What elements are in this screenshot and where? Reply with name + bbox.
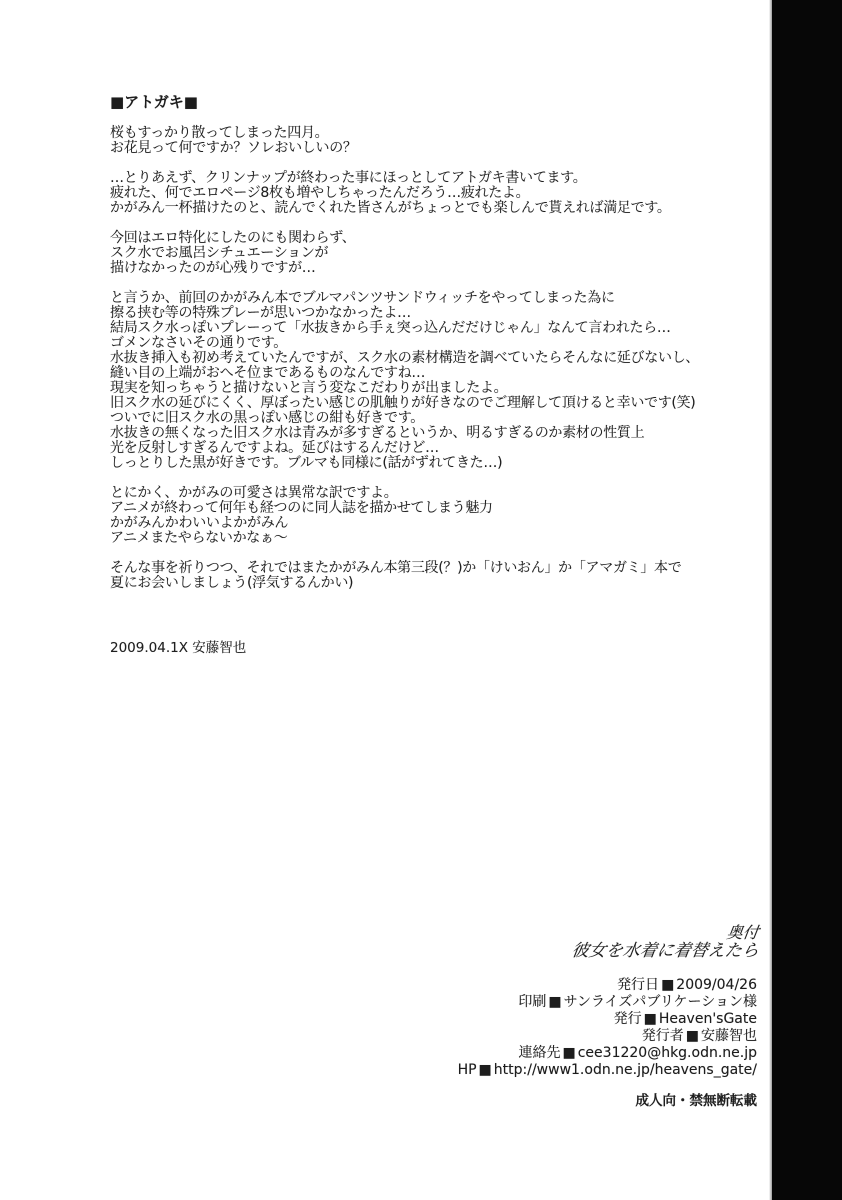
square-separator-icon: ■	[563, 1045, 576, 1062]
afterword-line: 夏にお会いしましょう(浮気するんかい)	[110, 576, 770, 591]
square-separator-icon: ■	[479, 1062, 492, 1079]
colophon-entry: HP■http://www1.odn.ne.jp/heavens_gate/	[458, 1062, 757, 1079]
afterword-line: 水抜き挿入も初め考えていたんですが、スク水の素材構造を調べていたらそんなに延びな…	[110, 351, 770, 366]
afterword-blank-line	[110, 216, 770, 231]
afterword-line: そんな事を祈りつつ、それではまたかがみん本第三段(？)か「けいおん」か「アマガミ…	[110, 561, 770, 576]
afterword-line: 疲れた、何でエロページ8枚も増やしちゃったんだろう…疲れたよ。	[110, 186, 770, 201]
afterword-line: 縫い目の上端がおへそ位まであるものなんですね…	[110, 366, 770, 381]
colophon-entry-key: 発行日	[617, 977, 659, 993]
afterword-line: 光を反射しすぎるんですよね。延びはするんだけど…	[110, 441, 770, 456]
square-separator-icon: ■	[644, 1011, 657, 1028]
afterword-blank-line	[110, 471, 770, 486]
afterword-title: ■アトガキ■	[110, 95, 770, 110]
afterword-line: 結局スク水っぽいプレーって「水抜きから手ぇ突っ込んだだけじゃん」なんて言われたら…	[110, 321, 770, 336]
afterword-line: アニメが終わって何年も経つのに同人誌を描かせてしまう魅力	[110, 501, 770, 516]
author-date-signature: 2009.04.1X 安藤智也	[110, 636, 246, 656]
afterword-body: 桜もすっかり散ってしまった四月。お花見って何ですか？ソレおいしいの？ …とりあえ…	[110, 126, 770, 591]
afterword-blank-line	[110, 276, 770, 291]
colophon-entry-value: cee31220@hkg.odn.ne.jp	[578, 1045, 757, 1061]
afterword-line: …とりあえず、クリンナップが終わった事にほっとしてアトガキ書いてます。	[110, 171, 770, 186]
colophon-entry-key: HP	[458, 1062, 477, 1078]
colophon-entry-value: Heaven'sGate	[659, 1011, 757, 1027]
colophon-entry: 連絡先■cee31220@hkg.odn.ne.jp	[458, 1045, 757, 1062]
colophon-entry-key: 印刷	[518, 994, 546, 1010]
colophon-entry-value: 安藤智也	[701, 1028, 757, 1044]
colophon-section: 奥付 彼女を水着に着替えたら 発行日■2009/04/26印刷■サンライズパブリ…	[458, 924, 757, 1109]
afterword-line: とにかく、かがみの可愛さは異常な訳ですよ。	[110, 486, 770, 501]
afterword-line: かがみんかわいいよかがみん	[110, 516, 770, 531]
scan-edge-black-band	[772, 0, 842, 1200]
afterword-line: ついでに旧スク水の黒っぽい感じの紺も好きです。	[110, 411, 770, 426]
square-separator-icon: ■	[548, 994, 561, 1011]
afterword-line: 現実を知っちゃうと描けないと言う変なこだわりが出ましたよ。	[110, 381, 770, 396]
afterword-blank-line	[110, 156, 770, 171]
colophon-label: 奥付	[458, 924, 760, 942]
colophon-entry: 発行■Heaven'sGate	[458, 1011, 757, 1028]
colophon-entry-value: http://www1.odn.ne.jp/heavens_gate/	[494, 1062, 757, 1078]
adult-notice: 成人向・禁無断転載	[458, 1089, 757, 1109]
square-separator-icon: ■	[686, 1028, 699, 1045]
colophon-entry: 発行日■2009/04/26	[458, 977, 757, 994]
afterword-line: かがみん一杯描けたのと、読んでくれた皆さんがちょっとでも楽しんで貰えれば満足です…	[110, 201, 770, 216]
afterword-blank-line	[110, 546, 770, 561]
colophon-entry-key: 連絡先	[519, 1045, 561, 1061]
book-title: 彼女を水着に着替えたら	[458, 942, 760, 961]
afterword-line: アニメまたやらないかなぁ～	[110, 531, 770, 546]
afterword-line: お花見って何ですか？ソレおいしいの？	[110, 141, 770, 156]
afterword-section: ■アトガキ■ 桜もすっかり散ってしまった四月。お花見って何ですか？ソレおいしいの…	[110, 95, 770, 591]
afterword-line: 旧スク水の延びにくく、厚ぼったい感じの肌触りが好きなのでご理解して頂けると幸いで…	[110, 396, 770, 411]
afterword-line: ゴメンなさいその通りです。	[110, 336, 770, 351]
afterword-line: 水抜きの無くなった旧スク水は青みが多すぎるというか、明るすぎるのか素材の性質上	[110, 426, 770, 441]
scanned-doujinshi-page: ■アトガキ■ 桜もすっかり散ってしまった四月。お花見って何ですか？ソレおいしいの…	[0, 0, 842, 1200]
afterword-line: 描けなかったのが心残りですが…	[110, 261, 770, 276]
colophon-entry: 発行者■安藤智也	[458, 1028, 757, 1045]
colophon-entry: 印刷■サンライズパブリケーション様	[458, 994, 757, 1011]
square-separator-icon: ■	[661, 977, 674, 994]
colophon-entries: 発行日■2009/04/26印刷■サンライズパブリケーション様発行■Heaven…	[458, 977, 757, 1079]
colophon-entry-value: 2009/04/26	[676, 977, 757, 993]
afterword-line: と言うか、前回のかがみん本でブルマパンツサンドウィッチをやってしまった為に	[110, 291, 770, 306]
afterword-line: 擦る挟む等の特殊プレーが思いつかなかったよ…	[110, 306, 770, 321]
colophon-entry-key: 発行	[614, 1011, 642, 1027]
afterword-line: 桜もすっかり散ってしまった四月。	[110, 126, 770, 141]
afterword-line: しっとりした黒が好きです。ブルマも同様に(話がずれてきた…)	[110, 456, 770, 471]
afterword-line: 今回はエロ特化にしたのにも関わらず、	[110, 231, 770, 246]
afterword-line: スク水でお風呂シチュエーションが	[110, 246, 770, 261]
colophon-entry-value: サンライズパブリケーション様	[564, 994, 757, 1010]
colophon-entry-key: 発行者	[642, 1028, 684, 1044]
